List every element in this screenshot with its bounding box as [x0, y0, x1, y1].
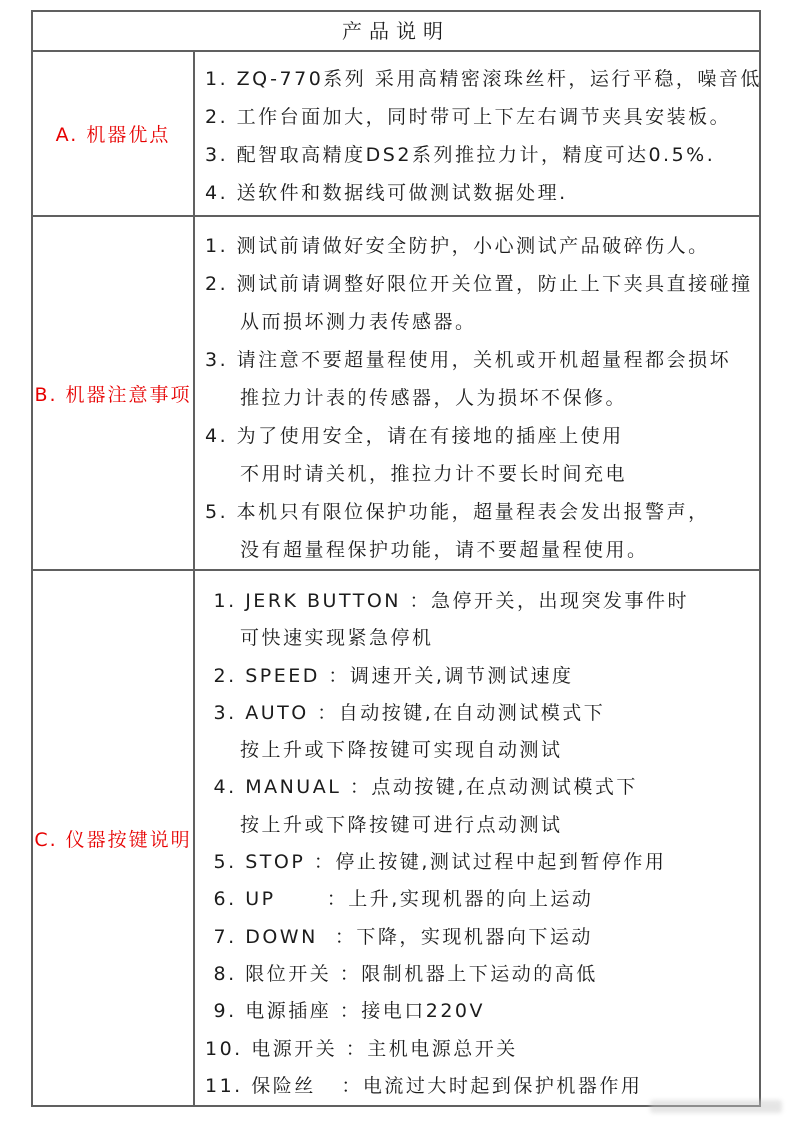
content-line: 不用时请关机，推拉力计不要长时间充电: [195, 455, 759, 493]
content-line: 5. STOP ：停止按键,测试过程中起到暂停作用: [195, 844, 759, 881]
section-label: B. 机器注意事项: [34, 380, 191, 407]
section-label: A. 机器优点: [56, 120, 171, 147]
content-line: 3. 配智取高精度DS2系列推拉力计，精度可达0.5%.: [195, 136, 759, 174]
content-line: 5. 本机只有限位保护功能，超量程表会发出报警声，: [195, 493, 759, 531]
content-line: 可快速实现紧急停机: [195, 620, 759, 657]
section-machine-advantages: A. 机器优点 1. ZQ-770系列 采用高精密滚珠丝杆，运行平稳，噪音低。2…: [33, 52, 759, 217]
section-label-cell: B. 机器注意事项: [33, 217, 195, 569]
content-line: 3. 请注意不要超量程使用，关机或开机超量程都会损坏: [195, 341, 759, 379]
section-content: 1. 测试前请做好安全防护，小心测试产品破碎伤人。2. 测试前请调整好限位开关位…: [195, 217, 759, 569]
content-line: 按上升或下降按键可实现自动测试: [195, 732, 759, 769]
content-line: 2. 测试前请调整好限位开关位置，防止上下夹具直接碰撞: [195, 265, 759, 303]
content-line: 1. ZQ-770系列 采用高精密滚珠丝杆，运行平稳，噪音低。: [195, 60, 759, 98]
content-line: 7. DOWN ：下降，实现机器向下运动: [195, 919, 759, 956]
content-line: 8. 限位开关 ：限制机器上下运动的高低: [195, 956, 759, 993]
content-line: 推拉力计表的传感器，人为损坏不保修。: [195, 379, 759, 417]
content-line: 2. SPEED ：调速开关,调节测试速度: [195, 658, 759, 695]
section-label-cell: C. 仪器按键说明: [33, 571, 195, 1105]
content-line: 4. 为了使用安全，请在有接地的插座上使用: [195, 417, 759, 455]
section-label-cell: A. 机器优点: [33, 52, 195, 215]
table-title: 产品说明: [33, 12, 759, 52]
content-line: 4. MANUAL ：点动按键,在点动测试模式下: [195, 769, 759, 806]
content-line: 4. 送软件和数据线可做测试数据处理.: [195, 174, 759, 212]
content-line: 2. 工作台面加大，同时带可上下左右调节夹具安装板。: [195, 98, 759, 136]
content-line: 从而损坏测力表传感器。: [195, 303, 759, 341]
section-content: 1. JERK BUTTON ：急停开关，出现突发事件时可快速实现紧急停机 2.…: [195, 571, 759, 1105]
section-content: 1. ZQ-770系列 采用高精密滚珠丝杆，运行平稳，噪音低。2. 工作台面加大…: [195, 52, 759, 215]
content-line: 10. 电源开关 ：主机电源总开关: [195, 1031, 759, 1068]
content-line: 9. 电源插座 ：接电口220V: [195, 993, 759, 1030]
section-label: C. 仪器按键说明: [34, 825, 191, 852]
content-line: 按上升或下降按键可进行点动测试: [195, 807, 759, 844]
content-line: 3. AUTO ：自动按键,在自动测试模式下: [195, 695, 759, 732]
content-line: 6. UP ：上升,实现机器的向上运动: [195, 881, 759, 918]
watermark: [650, 1100, 782, 1113]
content-line: 没有超量程保护功能，请不要超量程使用。: [195, 531, 759, 569]
content-line: 1. JERK BUTTON ：急停开关，出现突发事件时: [195, 583, 759, 620]
section-instrument-buttons: C. 仪器按键说明 1. JERK BUTTON ：急停开关，出现突发事件时可快…: [33, 571, 759, 1105]
product-description-table: 产品说明 A. 机器优点 1. ZQ-770系列 采用高精密滚珠丝杆，运行平稳，…: [31, 10, 761, 1107]
content-line: 1. 测试前请做好安全防护，小心测试产品破碎伤人。: [195, 227, 759, 265]
section-machine-precautions: B. 机器注意事项 1. 测试前请做好安全防护，小心测试产品破碎伤人。2. 测试…: [33, 217, 759, 571]
